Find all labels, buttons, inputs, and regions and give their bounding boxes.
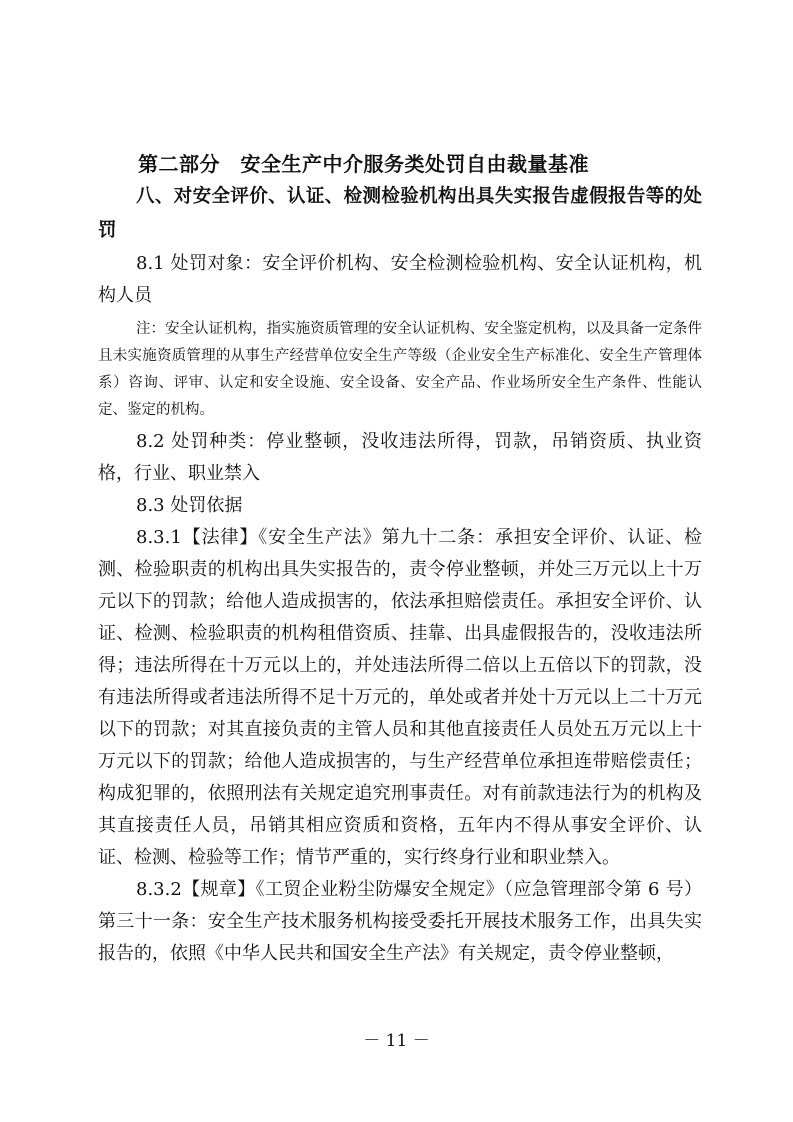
note-paragraph: 注：安全认证机构，指实施资质管理的安全认证机构、安全鉴定机构，以及具备一定条件且… [98,316,702,424]
paragraph-8-2-penalty-types: 8.2 处罚种类：停业整顿，没收违法所得，罚款，吊销资质、执业资格，行业、职业禁… [98,426,702,490]
paragraph-8-1-penalty-targets: 8.1 处罚对象：安全评价机构、安全检测检验机构、安全认证机构，机构人员 [98,248,702,312]
part-title: 第二部分 安全生产中介服务类处罚自由裁量基准 [98,148,702,180]
page-number: － 11 － [0,1026,793,1051]
paragraph-8-3-1-law: 8.3.1【法律】《安全生产法》第九十二条：承担安全评价、认证、检测、检验职责的… [98,522,702,874]
paragraph-8-3-2-regulation: 8.3.2【规章】《工贸企业粉尘防爆安全规定》（应急管理部令第 6 号）第三十一… [98,874,702,970]
section-title: 八、对安全评价、认证、检测检验机构出具失实报告虚假报告等的处罚 [98,180,702,248]
page-content: 第二部分 安全生产中介服务类处罚自由裁量基准 八、对安全评价、认证、检测检验机构… [98,148,702,970]
paragraph-8-3-penalty-basis: 8.3 处罚依据 [98,490,702,522]
document-page: 第二部分 安全生产中介服务类处罚自由裁量基准 八、对安全评价、认证、检测检验机构… [0,0,793,1122]
